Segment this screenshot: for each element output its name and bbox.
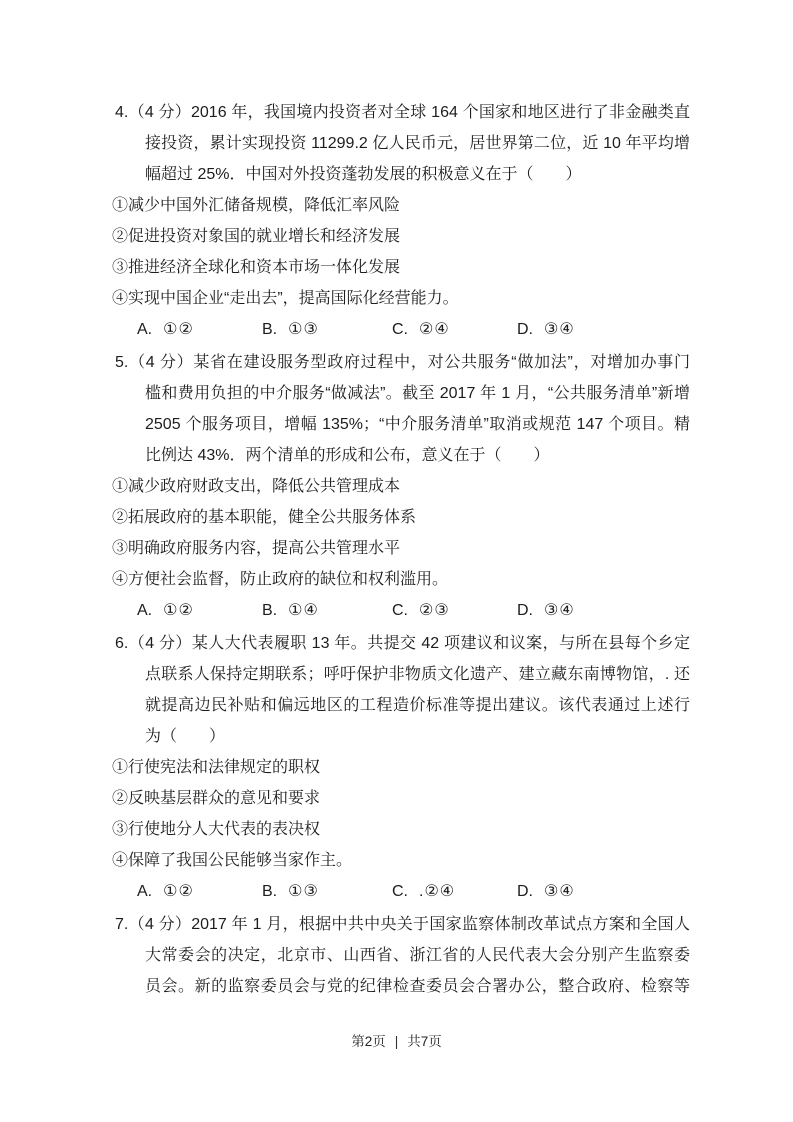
numbered-statement: ②促进投资对象国的就业增长和经济发展 (112, 221, 690, 252)
answer-choice-a: A.①② (137, 314, 262, 345)
question-text-line: 槛和费用负担的中介服务“做减法”。截至 2017 年 1 月，“公共服务清单”新… (112, 378, 690, 409)
question-text-line: 点联系人保持定期联系；呼吁保护非物质文化遗产、建立藏东南博物馆，. 还 (112, 659, 690, 690)
question-text-line: 幅超过 25%．中国对外投资蓬勃发展的积极意义在于（ ） (112, 159, 690, 190)
answer-choice-b: B.①③ (262, 314, 392, 345)
question-7: 7.（4 分）2017 年 1 月，根据中共中央关于国家监察体制改革试点方案和全… (112, 909, 690, 1002)
choice-value: ①② (163, 314, 194, 345)
choice-value: ③④ (544, 595, 575, 626)
numbered-statement: ①行使宪法和法律规定的职权 (112, 752, 690, 783)
answer-choice-b: B.①③ (262, 876, 392, 907)
exam-content: 4.（4 分）2016 年，我国境内投资者对全球 164 个国家和地区进行了非金… (112, 97, 690, 1002)
numbered-statement: ④保障了我国公民能够当家作主。 (112, 845, 690, 876)
question-text-line: 2505 个服务项目，增幅 135%；“中介服务清单”取消或规范 147 个项目… (112, 409, 690, 440)
answer-choice-b: B.①④ (262, 595, 392, 626)
choice-label: B. (262, 314, 277, 345)
numbered-statement: ③明确政府服务内容，提高公共管理水平 (112, 533, 690, 564)
numbered-statement: ④方便社会监督，防止政府的缺位和权利滥用。 (112, 564, 690, 595)
choice-label: A. (137, 876, 152, 907)
page-footer: 第2页|共7页 (0, 1032, 793, 1052)
answer-choice-a: A.①② (137, 595, 262, 626)
choice-value: ①③ (288, 876, 319, 907)
numbered-statement: ①减少中国外汇储备规模，降低汇率风险 (112, 190, 690, 221)
choice-label: D. (517, 595, 533, 626)
question-text-line: 大常委会的决定，北京市、山西省、浙江省的人民代表大会分别产生监察委 (112, 940, 690, 971)
question-text-line: 接投资，累计实现投资 11299.2 亿人民币元，居世界第二位，近 10 年平均… (112, 128, 690, 159)
question-text-line: 比例达 43%．两个清单的形成和公布，意义在于（ ） (112, 440, 690, 471)
footer-separator: | (395, 1032, 399, 1052)
numbered-statement: ④实现中国企业“走出去”，提高国际化经营能力。 (112, 283, 690, 314)
page-number-label: 第2页 (351, 1032, 386, 1052)
question-text-line: 员会。新的监察委员会与党的纪律检查委员会合署办公，整合政府、检察等 (112, 971, 690, 1002)
choice-label: D. (517, 876, 533, 907)
answer-choice-d: D.③④ (517, 876, 575, 907)
question-5: 5.（4 分）某省在建设服务型政府过程中，对公共服务“做加法”，对增加办事门 槛… (112, 347, 690, 626)
answer-choice-d: D.③④ (517, 314, 575, 345)
choice-value: ③④ (544, 876, 575, 907)
answer-choice-a: A.①② (137, 876, 262, 907)
choice-label: A. (137, 595, 152, 626)
numbered-statement: ③推进经济全球化和资本市场一体化发展 (112, 252, 690, 283)
numbered-statement: ③行使地分人大代表的表决权 (112, 814, 690, 845)
question-text-line: 就提高边民补贴和偏远地区的工程造价标准等提出建议。该代表通过上述行 (112, 690, 690, 721)
choice-value: ③④ (544, 314, 575, 345)
answer-choices-row: A.①②B.①④C.②③D.③④ (112, 595, 690, 626)
choice-label: C. (392, 314, 408, 345)
choice-value: ②③ (419, 595, 450, 626)
page-total-label: 共7页 (407, 1032, 442, 1052)
choice-value: ①② (163, 595, 194, 626)
answer-choice-d: D.③④ (517, 595, 575, 626)
choice-label: B. (262, 876, 277, 907)
choice-label: D. (517, 314, 533, 345)
numbered-statement: ①减少政府财政支出，降低公共管理成本 (112, 471, 690, 502)
question-4: 4.（4 分）2016 年，我国境内投资者对全球 164 个国家和地区进行了非金… (112, 97, 690, 345)
choice-value: .②④ (419, 876, 455, 907)
question-text-line: 7.（4 分）2017 年 1 月，根据中共中央关于国家监察体制改革试点方案和全… (112, 909, 690, 940)
question-text-line: 5.（4 分）某省在建设服务型政府过程中，对公共服务“做加法”，对增加办事门 (112, 347, 690, 378)
choice-value: ①③ (288, 314, 319, 345)
question-text-line: 4.（4 分）2016 年，我国境内投资者对全球 164 个国家和地区进行了非金… (112, 97, 690, 128)
choice-value: ①④ (288, 595, 319, 626)
choice-label: C. (392, 876, 408, 907)
choice-label: A. (137, 314, 152, 345)
question-text-line: 6.（4 分）某人大代表履职 13 年。共提交 42 项建议和议案，与所在县每个… (112, 628, 690, 659)
choice-value: ①② (163, 876, 194, 907)
choice-label: C. (392, 595, 408, 626)
answer-choices-row: A.①②B.①③C..②④D.③④ (112, 876, 690, 907)
numbered-statement: ②反映基层群众的意见和要求 (112, 783, 690, 814)
answer-choices-row: A.①②B.①③C.②④D.③④ (112, 314, 690, 345)
choice-value: ②④ (419, 314, 450, 345)
question-6: 6.（4 分）某人大代表履职 13 年。共提交 42 项建议和议案，与所在县每个… (112, 628, 690, 907)
answer-choice-c: C.②④ (392, 314, 517, 345)
answer-choice-c: C.②③ (392, 595, 517, 626)
numbered-statement: ②拓展政府的基本职能，健全公共服务体系 (112, 502, 690, 533)
choice-label: B. (262, 595, 277, 626)
answer-choice-c: C..②④ (392, 876, 517, 907)
question-text-line: 为（ ） (112, 721, 690, 752)
exam-page: 4.（4 分）2016 年，我国境内投资者对全球 164 个国家和地区进行了非金… (0, 0, 793, 1122)
